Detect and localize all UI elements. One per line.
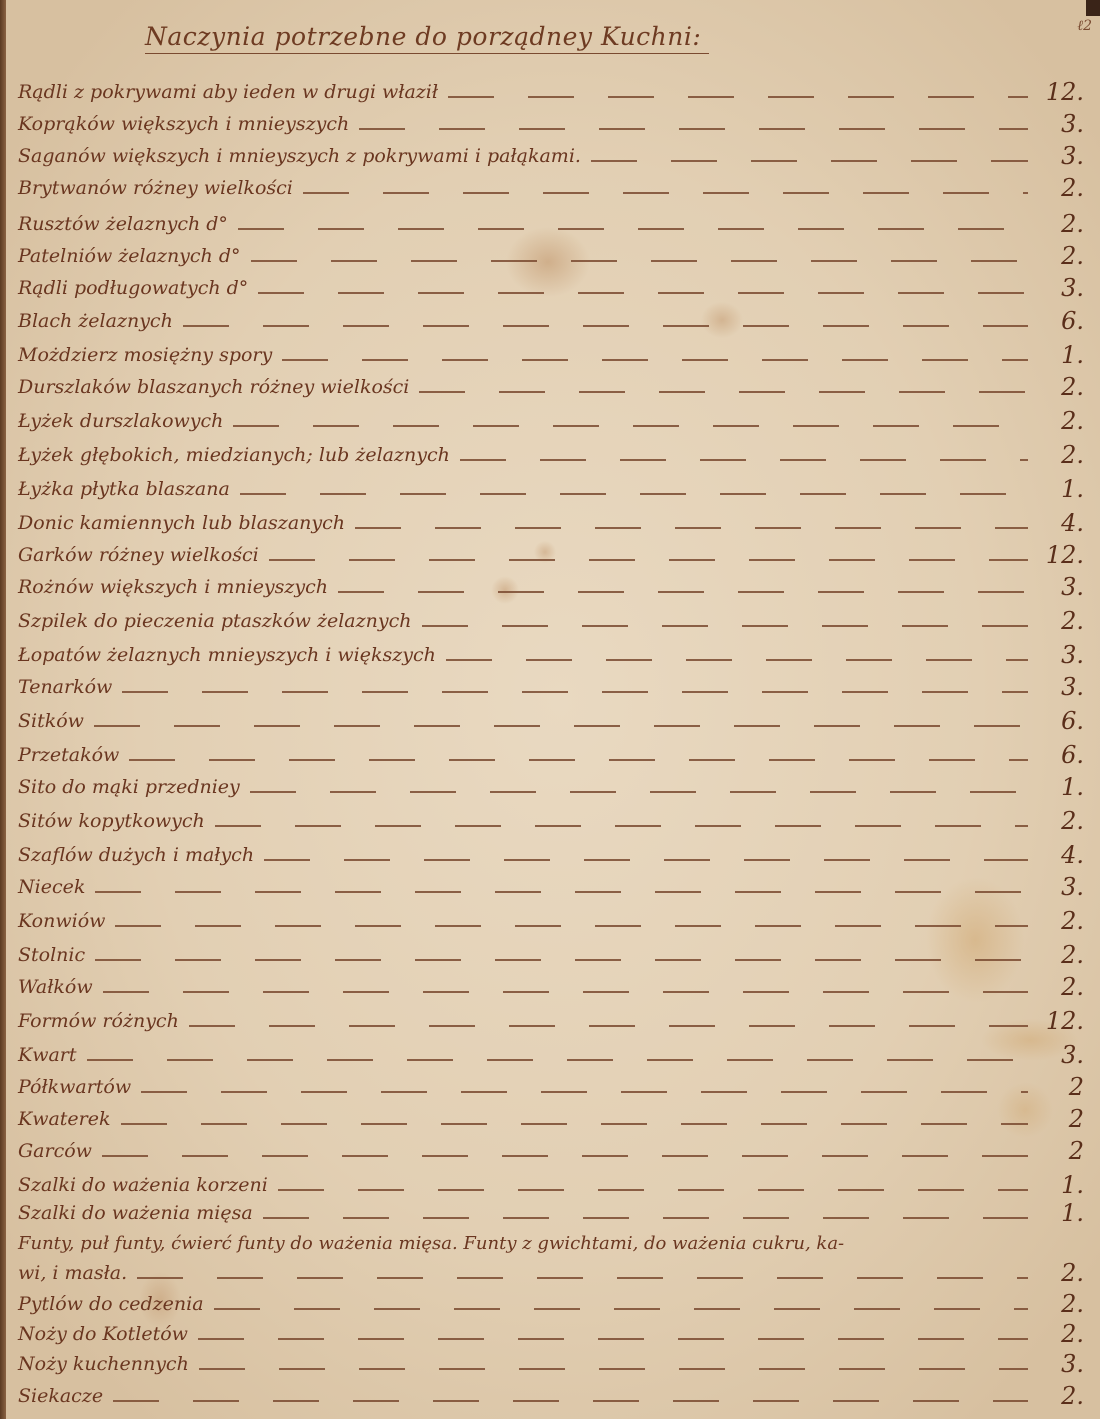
item-quantity: 1. xyxy=(1038,477,1084,505)
list-item: Siekacze2. xyxy=(18,1378,1084,1412)
dash-leader xyxy=(87,1059,1028,1061)
dash-leader xyxy=(240,493,1028,495)
dash-leader xyxy=(115,925,1028,927)
dash-leader xyxy=(263,1217,1028,1219)
manuscript-page: ℓ2 Naczynia potrzebne do porządney Kuchn… xyxy=(0,0,1100,1419)
dash-leader xyxy=(183,325,1028,327)
dash-leader xyxy=(189,1025,1028,1027)
item-label: Łopatów żelaznych mnieyszych i większych xyxy=(18,646,436,671)
item-label: Donic kamiennych lub blaszanych xyxy=(18,514,345,539)
item-quantity: 12. xyxy=(1038,80,1084,108)
dash-leader xyxy=(448,96,1028,98)
list-item: Sitów kopytkowych2. xyxy=(18,803,1084,837)
item-label: Stolnic xyxy=(18,946,85,971)
item-quantity: 3. xyxy=(1038,112,1084,140)
list-item: Rusztów żelaznych d°2. xyxy=(18,206,1084,240)
dash-leader xyxy=(137,1277,1028,1279)
item-quantity: 3. xyxy=(1038,144,1084,172)
dash-leader xyxy=(258,292,1028,294)
item-quantity: 3. xyxy=(1038,643,1084,671)
list-item: Blach żelaznych6. xyxy=(18,303,1084,337)
item-quantity: 3. xyxy=(1038,1043,1084,1071)
dash-leader xyxy=(102,1155,1028,1157)
list-item: Półkwartów2 xyxy=(18,1069,1084,1103)
dash-leader xyxy=(460,459,1028,461)
item-label: Rądli podługowatych d° xyxy=(18,279,248,304)
list-item: wi, i masła.2. xyxy=(18,1255,1084,1289)
item-quantity: 4. xyxy=(1038,511,1084,539)
item-label: Tenarków xyxy=(18,678,112,703)
item-quantity: 2. xyxy=(1038,975,1084,1003)
folio-number: ℓ2 xyxy=(1077,18,1092,35)
dash-leader xyxy=(419,391,1028,393)
item-quantity: 6. xyxy=(1038,743,1084,771)
dash-leader xyxy=(250,791,1028,793)
dash-leader xyxy=(359,128,1028,130)
item-label: Rożnów większych i mnieyszych xyxy=(18,578,328,603)
list-item: Pytlów do cedzenia2. xyxy=(18,1286,1084,1320)
item-quantity: 3. xyxy=(1038,575,1084,603)
item-label: Brytwanów różney wielkości xyxy=(18,179,293,204)
dash-leader xyxy=(251,260,1029,262)
item-quantity: 3. xyxy=(1038,875,1084,903)
dash-leader xyxy=(94,725,1028,727)
dash-leader xyxy=(303,192,1028,194)
item-label: Noży kuchennych xyxy=(18,1355,189,1380)
item-label: Niecek xyxy=(18,878,85,903)
dash-leader xyxy=(591,160,1028,162)
list-item: Łyżka płytka blaszana1. xyxy=(18,471,1084,505)
item-quantity: 6. xyxy=(1038,709,1084,737)
dash-leader xyxy=(278,1189,1028,1191)
list-item: Kwart3. xyxy=(18,1037,1084,1071)
item-label: Rądli z pokrywami aby ieden w drugi właz… xyxy=(18,83,438,108)
dash-leader xyxy=(129,759,1028,761)
item-quantity: 3. xyxy=(1038,675,1084,703)
item-label: Szaflów dużych i małych xyxy=(18,846,254,871)
list-item: Rożnów większych i mnieyszych3. xyxy=(18,569,1084,603)
item-label: Przetaków xyxy=(18,746,119,771)
list-item: Łopatów żelaznych mnieyszych i większych… xyxy=(18,637,1084,671)
item-quantity: 3. xyxy=(1038,276,1084,304)
list-item: Konwiów2. xyxy=(18,903,1084,937)
list-item: Kwaterek2 xyxy=(18,1101,1084,1135)
item-label: Łyżka płytka blaszana xyxy=(18,480,230,505)
dash-leader xyxy=(141,1091,1028,1093)
item-quantity: 12. xyxy=(1038,1009,1084,1037)
list-item: Rądli z pokrywami aby ieden w drugi właz… xyxy=(18,74,1084,108)
item-quantity: 2. xyxy=(1038,443,1084,471)
dash-leader xyxy=(198,1338,1028,1340)
item-quantity: 2. xyxy=(1038,212,1084,240)
item-quantity: 2 xyxy=(1038,1139,1084,1167)
item-label: Rusztów żelaznych d° xyxy=(18,215,228,240)
item-quantity: 2. xyxy=(1038,1261,1084,1289)
dash-leader xyxy=(113,1400,1028,1402)
dash-leader xyxy=(121,1123,1028,1125)
dash-leader xyxy=(269,559,1028,561)
list-item: Łyżek durszlakowych2. xyxy=(18,403,1084,437)
page-title: Naczynia potrzebne do porządney Kuchni: xyxy=(145,22,709,54)
item-quantity: 2. xyxy=(1038,809,1084,837)
list-item: Garków różney wielkości12. xyxy=(18,537,1084,571)
dash-leader xyxy=(338,591,1028,593)
list-item: Rądli podługowatych d°3. xyxy=(18,270,1084,304)
dash-leader xyxy=(95,891,1028,893)
list-item: Donic kamiennych lub blaszanych4. xyxy=(18,505,1084,539)
item-quantity: 2. xyxy=(1038,375,1084,403)
item-label: Formów różnych xyxy=(18,1012,179,1037)
list-item: Możdzierz mosiężny spory1. xyxy=(18,337,1084,371)
item-label: Sitów kopytkowych xyxy=(18,812,205,837)
list-item: Garców2 xyxy=(18,1133,1084,1167)
item-quantity: 4. xyxy=(1038,843,1084,871)
dash-leader xyxy=(238,228,1028,230)
dash-leader xyxy=(264,859,1028,861)
item-label: Saganów większych i mnieyszych z pokrywa… xyxy=(18,147,581,172)
dash-leader xyxy=(446,659,1028,661)
dash-leader xyxy=(355,527,1028,529)
dash-leader xyxy=(422,625,1029,627)
item-label: Koprąków większych i mnieyszych xyxy=(18,115,349,140)
item-quantity: 12. xyxy=(1038,543,1084,571)
item-label: Durszlaków blaszanych różney wielkości xyxy=(18,378,409,403)
item-label: Możdzierz mosiężny spory xyxy=(18,346,272,371)
item-label: Wałków xyxy=(18,978,93,1003)
item-label: Łyżek głębokich, miedzianych; lub żelazn… xyxy=(18,446,450,471)
list-item: Formów różnych12. xyxy=(18,1003,1084,1037)
item-label: Półkwartów xyxy=(18,1078,131,1103)
item-quantity: 2. xyxy=(1038,244,1084,272)
list-item: Szalki do ważenia mięsa1. xyxy=(18,1195,1084,1229)
item-quantity: 2. xyxy=(1038,943,1084,971)
list-item: Przetaków6. xyxy=(18,737,1084,771)
list-item: Szpilek do pieczenia ptaszków żelaznych2… xyxy=(18,603,1084,637)
item-label: Patelniów żelaznych d° xyxy=(18,247,241,272)
item-quantity: 2 xyxy=(1038,1107,1084,1135)
list-item: Durszlaków blaszanych różney wielkości2. xyxy=(18,369,1084,403)
item-label: Łyżek durszlakowych xyxy=(18,412,223,437)
dash-leader xyxy=(282,359,1028,361)
list-item: Koprąków większych i mnieyszych3. xyxy=(18,106,1084,140)
item-quantity: 1. xyxy=(1038,343,1084,371)
dash-leader xyxy=(95,959,1028,961)
list-item: Funty, puł funty, ćwierć funty do ważeni… xyxy=(18,1225,1084,1259)
item-label: Garków różney wielkości xyxy=(18,546,259,571)
item-label: Sitków xyxy=(18,712,84,737)
dash-leader xyxy=(103,991,1028,993)
item-quantity: 2. xyxy=(1038,909,1084,937)
list-item: Noży do Kotletów2. xyxy=(18,1316,1084,1350)
item-label: Siekacze xyxy=(18,1387,103,1412)
list-item: Niecek3. xyxy=(18,869,1084,903)
item-quantity: 3. xyxy=(1038,1352,1084,1380)
list-item: Noży kuchennych3. xyxy=(18,1346,1084,1380)
item-quantity: 2. xyxy=(1038,176,1084,204)
item-quantity: 2. xyxy=(1038,1384,1084,1412)
dash-leader xyxy=(122,691,1028,693)
list-item: Stolnic2. xyxy=(18,937,1084,971)
list-item: Wałków2. xyxy=(18,969,1084,1003)
book-binding-edge xyxy=(0,0,6,1419)
item-quantity: 2. xyxy=(1038,609,1084,637)
dash-leader xyxy=(233,425,1028,427)
list-item: Brytwanów różney wielkości2. xyxy=(18,170,1084,204)
item-quantity: 1. xyxy=(1038,775,1084,803)
item-label: Konwiów xyxy=(18,912,105,937)
dash-leader xyxy=(215,825,1028,827)
list-item: Saganów większych i mnieyszych z pokrywa… xyxy=(18,138,1084,172)
item-label: Kwaterek xyxy=(18,1110,111,1135)
list-item: Sito do mąki przedniey1. xyxy=(18,769,1084,803)
list-item: Patelniów żelaznych d°2. xyxy=(18,238,1084,272)
item-label: Kwart xyxy=(18,1046,77,1071)
item-quantity: 6. xyxy=(1038,309,1084,337)
list-item: Łyżek głębokich, miedzianych; lub żelazn… xyxy=(18,437,1084,471)
item-quantity: 2. xyxy=(1038,409,1084,437)
item-label: Sito do mąki przedniey xyxy=(18,778,240,803)
item-label: Szpilek do pieczenia ptaszków żelaznych xyxy=(18,612,412,637)
list-item: Tenarków3. xyxy=(18,669,1084,703)
item-quantity: 2 xyxy=(1038,1075,1084,1103)
item-label: Blach żelaznych xyxy=(18,312,173,337)
page-corner-shadow xyxy=(1086,0,1100,16)
item-label: Garców xyxy=(18,1142,92,1167)
list-item: Sitków6. xyxy=(18,703,1084,737)
dash-leader xyxy=(199,1368,1028,1370)
list-item: Szaflów dużych i małych4. xyxy=(18,837,1084,871)
dash-leader xyxy=(214,1308,1028,1310)
